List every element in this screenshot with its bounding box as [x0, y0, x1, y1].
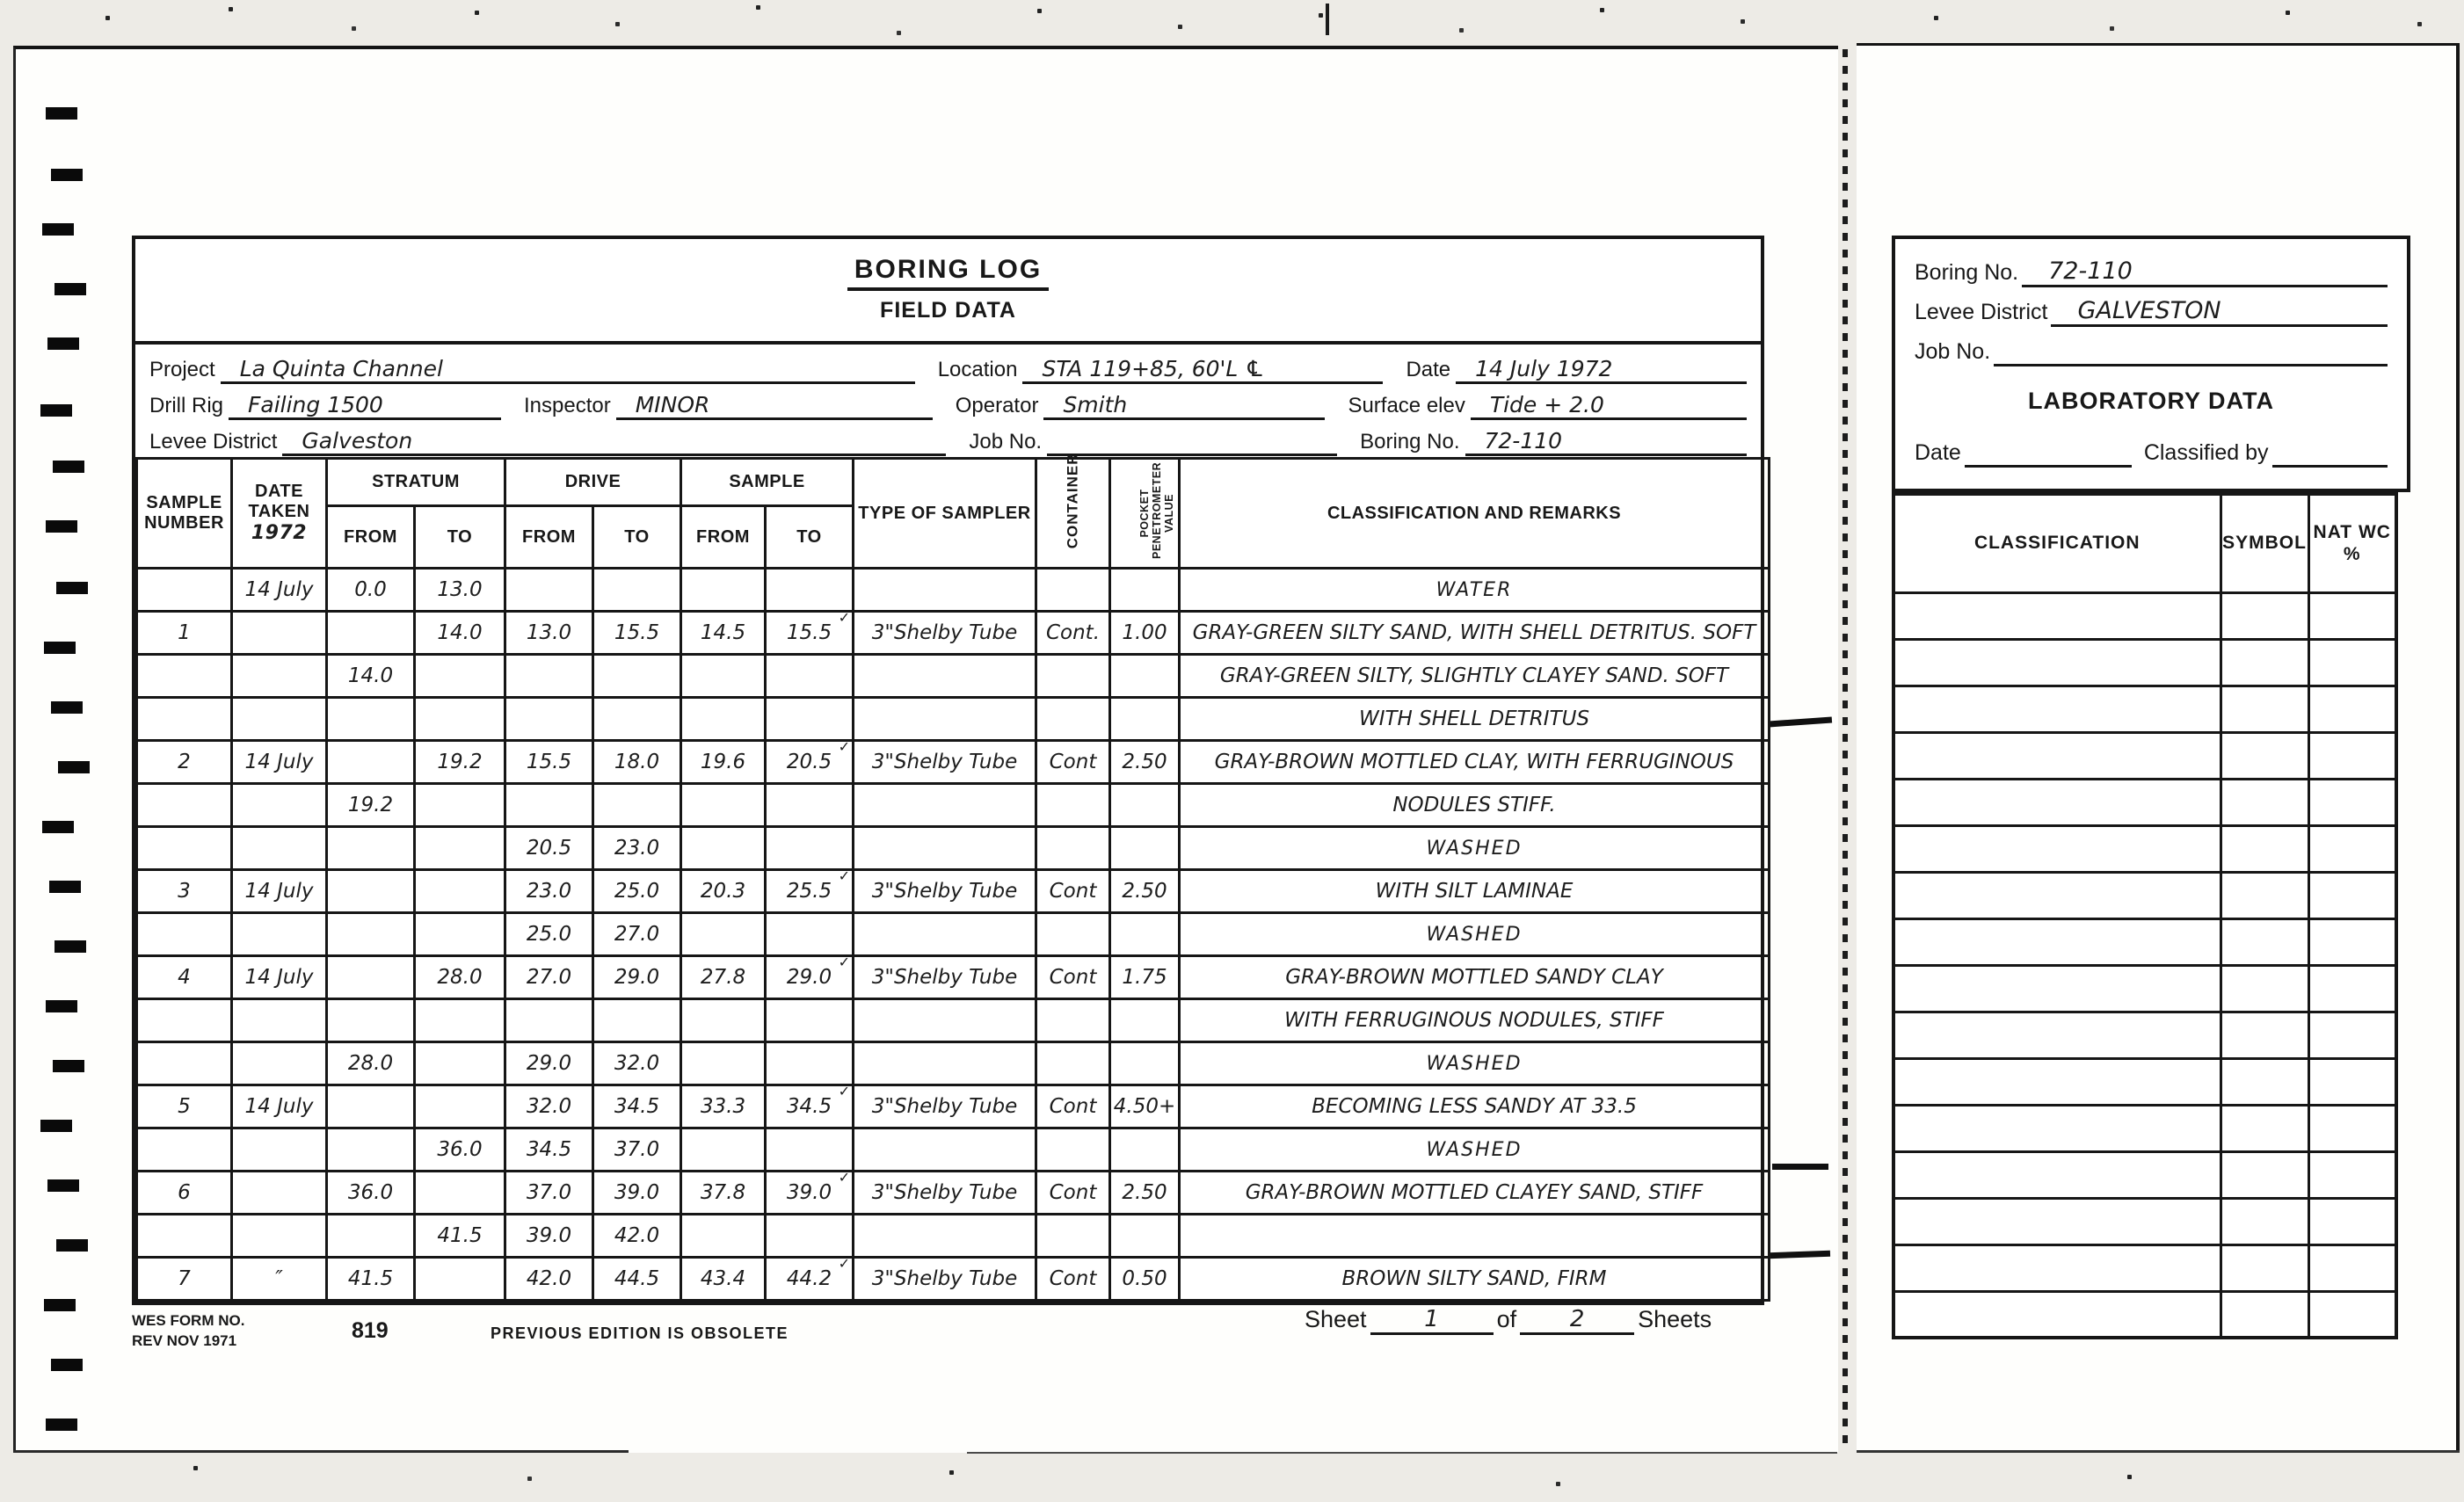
table-row: 25.027.0WASHED — [137, 913, 1770, 956]
cell-drive-to: 39.0 — [593, 1172, 681, 1215]
cell-stratum-from: 28.0 — [327, 1042, 415, 1085]
table-row: 41.539.042.0 — [137, 1215, 1770, 1258]
lab-cell-nat-wc — [2308, 1198, 2396, 1244]
cell-sample-from — [681, 784, 766, 827]
cell-stratum-to: 13.0 — [415, 569, 505, 612]
cell-sampler: 3"Shelby Tube — [854, 741, 1036, 784]
cell-date: 14 July — [232, 741, 327, 784]
cell-pocket-pen — [1110, 1128, 1180, 1172]
lab-cell-classification — [1893, 1198, 2221, 1244]
form-subtitle: FIELD DATA — [135, 298, 1761, 323]
lab-table-row — [1893, 1012, 2396, 1058]
table-row: 214 July19.215.518.019.620.5✓3"Shelby Tu… — [137, 741, 1770, 784]
cell-sample-no — [137, 569, 232, 612]
lab-classified-by-value — [2272, 465, 2388, 468]
cell-date: 14 July — [232, 569, 327, 612]
cell-pocket-pen — [1110, 569, 1180, 612]
cell-drive-from — [505, 784, 593, 827]
form-number: 819 — [352, 1318, 389, 1344]
cell-sample-to — [766, 827, 854, 870]
lab-cell-classification — [1893, 872, 2221, 918]
cell-pocket-pen: 1.00 — [1110, 612, 1180, 655]
lab-cell-symbol — [2221, 779, 2308, 825]
lab-date-value — [1965, 465, 2132, 468]
cell-drive-to: 29.0 — [593, 956, 681, 999]
lab-cell-symbol — [2221, 592, 2308, 639]
cell-stratum-from: 41.5 — [327, 1258, 415, 1301]
lab-cell-nat-wc — [2308, 872, 2396, 918]
cell-remarks: WASHED — [1180, 827, 1770, 870]
scan-artifact — [13, 1450, 629, 1453]
cell-date — [232, 784, 327, 827]
lab-table-row — [1893, 1058, 2396, 1105]
binding-marks — [46, 107, 77, 120]
lab-job-no-label: Job No. — [1915, 339, 1994, 366]
lab-table-row — [1893, 1291, 2396, 1338]
cell-date: ″ — [232, 1258, 327, 1301]
lab-cell-nat-wc — [2308, 1105, 2396, 1151]
cell-remarks: WASHED — [1180, 1042, 1770, 1085]
lab-boring-no-value: 72-110 — [2022, 258, 2388, 287]
table-row: 19.2NODULES STIFF. — [137, 784, 1770, 827]
drill-rig-label: Drill Rig — [149, 394, 229, 420]
cell-remarks: GRAY-GREEN SILTY SAND, WITH SHELL DETRIT… — [1180, 612, 1770, 655]
check-mark: ✓ — [839, 738, 850, 755]
lab-title: LABORATORY DATA — [1915, 388, 2388, 415]
cell-remarks: BECOMING LESS SANDY AT 33.5 — [1180, 1085, 1770, 1128]
lab-cell-classification — [1893, 825, 2221, 872]
sheet-count-line: Sheet 1 of 2 Sheets — [1301, 1306, 1758, 1335]
cell-pocket-pen — [1110, 827, 1180, 870]
lab-cell-nat-wc — [2308, 732, 2396, 779]
cell-sample-to — [766, 1215, 854, 1258]
cell-date — [232, 827, 327, 870]
boring-no-value: 72-110 — [1465, 428, 1748, 456]
cell-sample-no: 5 — [137, 1085, 232, 1128]
cell-remarks: GRAY-BROWN MOTTLED CLAYEY SAND, STIFF — [1180, 1172, 1770, 1215]
cell-sampler: 3"Shelby Tube — [854, 612, 1036, 655]
cell-pocket-pen: 2.50 — [1110, 870, 1180, 913]
cell-stratum-from — [327, 1128, 415, 1172]
cell-stratum-to — [415, 1042, 505, 1085]
header-container-text: CONTAINER — [1065, 477, 1082, 548]
cell-sampler: 3"Shelby Tube — [854, 1172, 1036, 1215]
lab-cell-symbol — [2221, 825, 2308, 872]
cell-stratum-from: 19.2 — [327, 784, 415, 827]
lab-cell-nat-wc — [2308, 1012, 2396, 1058]
cell-remarks: GRAY-GREEN SILTY, SLIGHTLY CLAYEY SAND. … — [1180, 655, 1770, 698]
lab-cell-symbol — [2221, 1012, 2308, 1058]
check-mark: ✓ — [839, 1169, 850, 1186]
scan-artifact — [1326, 4, 1329, 35]
scan-artifact — [1857, 1450, 2460, 1453]
cell-drive-from: 20.5 — [505, 827, 593, 870]
cell-stratum-to — [415, 999, 505, 1042]
cell-drive-from: 23.0 — [505, 870, 593, 913]
cell-drive-from — [505, 655, 593, 698]
header-stratum: STRATUM — [327, 459, 505, 506]
cell-drive-to — [593, 655, 681, 698]
cell-stratum-from — [327, 913, 415, 956]
cell-sample-from — [681, 655, 766, 698]
cell-stratum-to — [415, 1172, 505, 1215]
cell-sample-to — [766, 698, 854, 741]
cell-sample-no — [137, 1042, 232, 1085]
lab-date-label: Date — [1915, 440, 1965, 468]
project-value: La Quinta Channel — [221, 356, 915, 384]
table-row: 14.0GRAY-GREEN SILTY, SLIGHTLY CLAYEY SA… — [137, 655, 1770, 698]
lab-header-nat-wc-text: NAT WC — [2310, 521, 2395, 543]
table-row: 314 July23.025.020.325.5✓3"Shelby TubeCo… — [137, 870, 1770, 913]
cell-stratum-to: 19.2 — [415, 741, 505, 784]
cell-sample-to — [766, 569, 854, 612]
header-drive: DRIVE — [505, 459, 681, 506]
cell-sample-no — [137, 784, 232, 827]
cell-sample-no — [137, 655, 232, 698]
cell-stratum-to — [415, 1258, 505, 1301]
cell-drive-from: 34.5 — [505, 1128, 593, 1172]
sheet-label: Sheet — [1301, 1306, 1370, 1335]
lab-cell-symbol — [2221, 918, 2308, 965]
cell-drive-to: 15.5 — [593, 612, 681, 655]
check-mark: ✓ — [839, 609, 850, 626]
boring-table-body: 14 July0.013.0WATER114.013.015.514.515.5… — [137, 569, 1770, 1301]
total-sheets-value: 2 — [1520, 1306, 1634, 1335]
lab-cell-classification — [1893, 1244, 2221, 1291]
cell-drive-from: 42.0 — [505, 1258, 593, 1301]
cell-container — [1036, 913, 1110, 956]
cell-container — [1036, 1215, 1110, 1258]
header-type-of-sampler: TYPE OF SAMPLER — [854, 459, 1036, 569]
cell-drive-from — [505, 999, 593, 1042]
form-title-block: BORING LOG FIELD DATA — [135, 239, 1761, 345]
header-container: CONTAINER — [1036, 459, 1110, 569]
form-number-block: WES FORM NO. REV NOV 1971 — [132, 1311, 244, 1352]
cell-date — [232, 913, 327, 956]
lab-cell-symbol — [2221, 872, 2308, 918]
cell-date — [232, 655, 327, 698]
cell-drive-to: 42.0 — [593, 1215, 681, 1258]
lab-cell-nat-wc — [2308, 965, 2396, 1012]
cell-sample-from — [681, 913, 766, 956]
table-row: 414 July28.027.029.027.829.0✓3"Shelby Tu… — [137, 956, 1770, 999]
cell-sample-no: 3 — [137, 870, 232, 913]
job-no-label: Job No. — [969, 430, 1047, 456]
cell-remarks: GRAY-BROWN MOTTLED CLAY, WITH FERRUGINOU… — [1180, 741, 1770, 784]
lab-table-row — [1893, 779, 2396, 825]
lab-table-row — [1893, 1105, 2396, 1151]
lab-boring-no-line: Boring No. 72-110 — [1915, 248, 2388, 287]
cell-sample-no — [137, 999, 232, 1042]
cell-pocket-pen: 1.75 — [1110, 956, 1180, 999]
cell-stratum-from: 14.0 — [327, 655, 415, 698]
header-sample: SAMPLE — [681, 459, 854, 506]
cell-sample-no — [137, 1215, 232, 1258]
table-header-group-row: SAMPLE NUMBER DATE TAKEN 1972 STRATUM DR… — [137, 459, 1770, 506]
scanned-page: BORING LOG FIELD DATA Project La Quinta … — [0, 0, 2464, 1502]
cell-sample-to — [766, 784, 854, 827]
cell-remarks: WASHED — [1180, 1128, 1770, 1172]
cell-sample-no — [137, 913, 232, 956]
lab-cell-symbol — [2221, 1151, 2308, 1198]
cell-stratum-from — [327, 741, 415, 784]
sheets-label: Sheets — [1634, 1306, 1715, 1335]
cell-sample-no: 7 — [137, 1258, 232, 1301]
lab-cell-nat-wc — [2308, 1291, 2396, 1338]
table-row: 114.013.015.514.515.5✓3"Shelby TubeCont.… — [137, 612, 1770, 655]
cell-stratum-to: 41.5 — [415, 1215, 505, 1258]
lab-table-header-row: CLASSIFICATION SYMBOL NAT WC % — [1893, 494, 2396, 592]
lab-cell-symbol — [2221, 1291, 2308, 1338]
cell-stratum-from — [327, 698, 415, 741]
cell-drive-to — [593, 569, 681, 612]
cell-date: 14 July — [232, 956, 327, 999]
lab-cell-classification — [1893, 732, 2221, 779]
scan-noise — [105, 16, 110, 20]
cell-sample-from — [681, 698, 766, 741]
cell-container — [1036, 569, 1110, 612]
cell-stratum-from — [327, 999, 415, 1042]
lab-levee-district-value: GALVESTON — [2051, 297, 2388, 327]
cell-remarks: WITH SILT LAMINAE — [1180, 870, 1770, 913]
cell-drive-from: 25.0 — [505, 913, 593, 956]
cell-stratum-to — [415, 1085, 505, 1128]
cell-stratum-from: 36.0 — [327, 1172, 415, 1215]
check-mark: ✓ — [839, 1255, 850, 1272]
cell-drive-to: 34.5 — [593, 1085, 681, 1128]
lab-cell-classification — [1893, 779, 2221, 825]
cell-remarks: NODULES STIFF. — [1180, 784, 1770, 827]
operator-label: Operator — [956, 394, 1044, 420]
lab-table-row — [1893, 825, 2396, 872]
job-no-value — [1047, 454, 1337, 456]
cell-sample-from: 43.4 — [681, 1258, 766, 1301]
cell-remarks: WITH SHELL DETRITUS — [1180, 698, 1770, 741]
cell-container: Cont — [1036, 1085, 1110, 1128]
lab-table-row — [1893, 965, 2396, 1012]
cell-stratum-from — [327, 956, 415, 999]
lab-cell-classification — [1893, 1105, 2221, 1151]
lab-cell-symbol — [2221, 686, 2308, 732]
cell-drive-from: 37.0 — [505, 1172, 593, 1215]
rev-date: REV NOV 1971 — [132, 1331, 244, 1352]
surface-elev-value: Tide + 2.0 — [1471, 392, 1747, 420]
cell-stratum-to — [415, 913, 505, 956]
cell-container — [1036, 1042, 1110, 1085]
lab-table-row — [1893, 592, 2396, 639]
lab-cell-classification — [1893, 1151, 2221, 1198]
lab-cell-symbol — [2221, 965, 2308, 1012]
cell-drive-from: 32.0 — [505, 1085, 593, 1128]
wes-form-no: WES FORM NO. — [132, 1311, 244, 1331]
lab-cell-nat-wc — [2308, 592, 2396, 639]
cell-stratum-to — [415, 698, 505, 741]
cell-sampler — [854, 655, 1036, 698]
cell-sample-to: 25.5✓ — [766, 870, 854, 913]
lab-cell-symbol — [2221, 1244, 2308, 1291]
lab-cell-symbol — [2221, 639, 2308, 686]
cell-sample-to — [766, 655, 854, 698]
cell-drive-from: 29.0 — [505, 1042, 593, 1085]
location-value: STA 119+85, 60'L ℄ — [1022, 356, 1383, 384]
date-value: 14 July 1972 — [1456, 356, 1747, 384]
cell-stratum-from — [327, 1085, 415, 1128]
cell-date — [232, 1215, 327, 1258]
lab-cell-symbol — [2221, 1198, 2308, 1244]
cell-stratum-to: 36.0 — [415, 1128, 505, 1172]
cell-drive-to — [593, 698, 681, 741]
lab-levee-district-label: Levee District — [1915, 300, 2051, 327]
header-classification: CLASSIFICATION AND REMARKS — [1180, 459, 1770, 569]
lab-cell-nat-wc — [2308, 918, 2396, 965]
lab-header-nat-wc: NAT WC % — [2308, 494, 2396, 592]
cell-sample-from: 19.6 — [681, 741, 766, 784]
header-sample-number: SAMPLE NUMBER — [137, 459, 232, 569]
cell-drive-to: 44.5 — [593, 1258, 681, 1301]
cell-drive-to — [593, 784, 681, 827]
obsolete-note: PREVIOUS EDITION IS OBSOLETE — [491, 1324, 789, 1343]
field-row-1: Project La Quinta Channel Location STA 1… — [149, 348, 1747, 384]
header-fields: Project La Quinta Channel Location STA 1… — [135, 345, 1761, 457]
cell-date — [232, 1042, 327, 1085]
cell-date — [232, 1128, 327, 1172]
cell-sample-from: 33.3 — [681, 1085, 766, 1128]
cell-drive-from — [505, 698, 593, 741]
cell-sample-from: 37.8 — [681, 1172, 766, 1215]
cell-date — [232, 1172, 327, 1215]
table-row: WITH SHELL DETRITUS — [137, 698, 1770, 741]
cell-sample-from — [681, 999, 766, 1042]
header-date-taken: DATE TAKEN 1972 — [232, 459, 327, 569]
field-row-2: Drill Rig Failing 1500 Inspector MINOR O… — [149, 384, 1747, 420]
cell-remarks: GRAY-BROWN MOTTLED SANDY CLAY — [1180, 956, 1770, 999]
header-sample-to: TO — [766, 506, 854, 569]
cell-stratum-to — [415, 784, 505, 827]
cell-sampler — [854, 827, 1036, 870]
cell-container — [1036, 698, 1110, 741]
cell-pocket-pen — [1110, 698, 1180, 741]
lab-cell-classification — [1893, 592, 2221, 639]
lab-cell-nat-wc — [2308, 779, 2396, 825]
cell-sampler: 3"Shelby Tube — [854, 956, 1036, 999]
cell-sampler: 3"Shelby Tube — [854, 1258, 1036, 1301]
scan-artifact — [967, 1452, 1837, 1454]
table-row: 14 July0.013.0WATER — [137, 569, 1770, 612]
cell-sampler — [854, 1042, 1036, 1085]
lab-table-row — [1893, 872, 2396, 918]
surface-elev-label: Surface elev — [1348, 394, 1470, 420]
table-row: 514 July32.034.533.334.5✓3"Shelby TubeCo… — [137, 1085, 1770, 1128]
lab-table-row — [1893, 639, 2396, 686]
lab-table-row — [1893, 686, 2396, 732]
header-drive-to: TO — [593, 506, 681, 569]
cell-drive-from: 27.0 — [505, 956, 593, 999]
cell-drive-to: 37.0 — [593, 1128, 681, 1172]
cell-sample-to: 39.0✓ — [766, 1172, 854, 1215]
cell-date — [232, 698, 327, 741]
boring-log-table: SAMPLE NUMBER DATE TAKEN 1972 STRATUM DR… — [135, 457, 1770, 1302]
lab-boring-no-label: Boring No. — [1915, 260, 2022, 287]
cell-pocket-pen: 0.50 — [1110, 1258, 1180, 1301]
cell-pocket-pen — [1110, 784, 1180, 827]
cell-sample-no: 4 — [137, 956, 232, 999]
cell-sampler — [854, 698, 1036, 741]
of-label: of — [1494, 1306, 1521, 1335]
lab-cell-nat-wc — [2308, 825, 2396, 872]
cell-sample-to — [766, 913, 854, 956]
table-row: WITH FERRUGINOUS NODULES, STIFF — [137, 999, 1770, 1042]
table-row: 28.029.032.0WASHED — [137, 1042, 1770, 1085]
cell-remarks: WASHED — [1180, 913, 1770, 956]
lab-cell-nat-wc — [2308, 1058, 2396, 1105]
cell-pocket-pen — [1110, 1215, 1180, 1258]
form-title: BORING LOG — [847, 255, 1049, 291]
lab-date-line: Date Classified by — [1915, 425, 2388, 468]
cell-pocket-pen: 2.50 — [1110, 741, 1180, 784]
cell-sample-no: 1 — [137, 612, 232, 655]
cell-stratum-from — [327, 870, 415, 913]
cell-pocket-pen — [1110, 655, 1180, 698]
cell-sampler — [854, 1128, 1036, 1172]
cell-drive-from — [505, 569, 593, 612]
table-row: 7″41.542.044.543.444.2✓3"Shelby TubeCont… — [137, 1258, 1770, 1301]
cell-stratum-from — [327, 1215, 415, 1258]
lab-job-no-value — [1994, 364, 2388, 366]
cell-drive-from: 39.0 — [505, 1215, 593, 1258]
inspector-value: MINOR — [616, 392, 933, 420]
cell-sample-to — [766, 1128, 854, 1172]
inspector-label: Inspector — [524, 394, 616, 420]
check-mark: ✓ — [839, 1083, 850, 1099]
lab-table-row — [1893, 732, 2396, 779]
cell-stratum-to: 28.0 — [415, 956, 505, 999]
cell-container: Cont — [1036, 1258, 1110, 1301]
cell-sampler: 3"Shelby Tube — [854, 870, 1036, 913]
cell-pocket-pen — [1110, 913, 1180, 956]
cell-sample-from: 27.8 — [681, 956, 766, 999]
cell-sample-to: 20.5✓ — [766, 741, 854, 784]
lab-header-symbol: SYMBOL — [2221, 494, 2308, 592]
header-drive-from: FROM — [505, 506, 593, 569]
lab-cell-classification — [1893, 965, 2221, 1012]
cell-sample-from: 14.5 — [681, 612, 766, 655]
cell-drive-from: 15.5 — [505, 741, 593, 784]
cell-sampler — [854, 569, 1036, 612]
boring-no-label: Boring No. — [1360, 430, 1465, 456]
cell-container — [1036, 999, 1110, 1042]
cell-sample-no — [137, 698, 232, 741]
operator-value: Smith — [1043, 392, 1325, 420]
cell-container — [1036, 655, 1110, 698]
cell-sample-from — [681, 1215, 766, 1258]
lab-cell-symbol — [2221, 1105, 2308, 1151]
lab-levee-district-line: Levee District GALVESTON — [1915, 287, 2388, 327]
cell-pocket-pen — [1110, 1042, 1180, 1085]
cell-sampler — [854, 913, 1036, 956]
lab-cell-nat-wc — [2308, 1151, 2396, 1198]
cell-stratum-to — [415, 870, 505, 913]
lab-cell-symbol — [2221, 1058, 2308, 1105]
cell-container: Cont — [1036, 956, 1110, 999]
cell-container: Cont. — [1036, 612, 1110, 655]
cell-container — [1036, 1128, 1110, 1172]
cell-sampler — [854, 1215, 1036, 1258]
cell-drive-to — [593, 999, 681, 1042]
field-row-3: Levee District Galveston Job No. Boring … — [149, 420, 1747, 456]
cell-stratum-to — [415, 655, 505, 698]
cell-sampler: 3"Shelby Tube — [854, 1085, 1036, 1128]
laboratory-data-panel: Boring No. 72-110 Levee District GALVEST… — [1892, 236, 2410, 492]
